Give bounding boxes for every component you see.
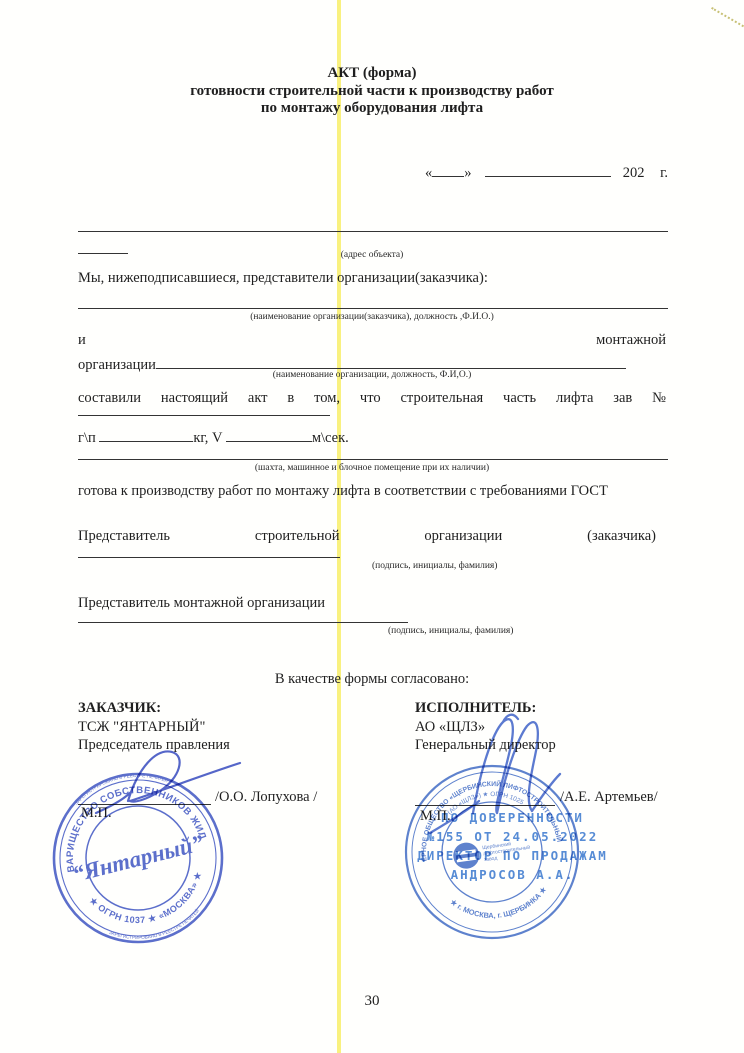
scanned-document-page: АКТ (форма) готовности строительной част… (0, 0, 744, 1053)
executor-stamp-ring-bottom-text: ★ г. МОСКВА, г. ЩЕРБИНКА ★ (447, 883, 552, 926)
page-number: 30 (0, 993, 744, 1010)
attorney-line2: №155 ОТ 24.05.2022 (385, 827, 640, 846)
attorney-line1: ПО ДОВЕРЕННОСТИ (385, 808, 640, 827)
attorney-stamp-text: ПО ДОВЕРЕННОСТИ №155 ОТ 24.05.2022 ДИРЕК… (385, 808, 640, 884)
attorney-line4: АНДРОСОВ А.А. (385, 865, 640, 884)
svg-text:★ г. МОСКВА, г. ЩЕРБИНКА ★: ★ г. МОСКВА, г. ЩЕРБИНКА ★ (447, 883, 552, 926)
attorney-line3: ДИРЕКТОР ПО ПРОДАЖАМ (385, 846, 640, 865)
